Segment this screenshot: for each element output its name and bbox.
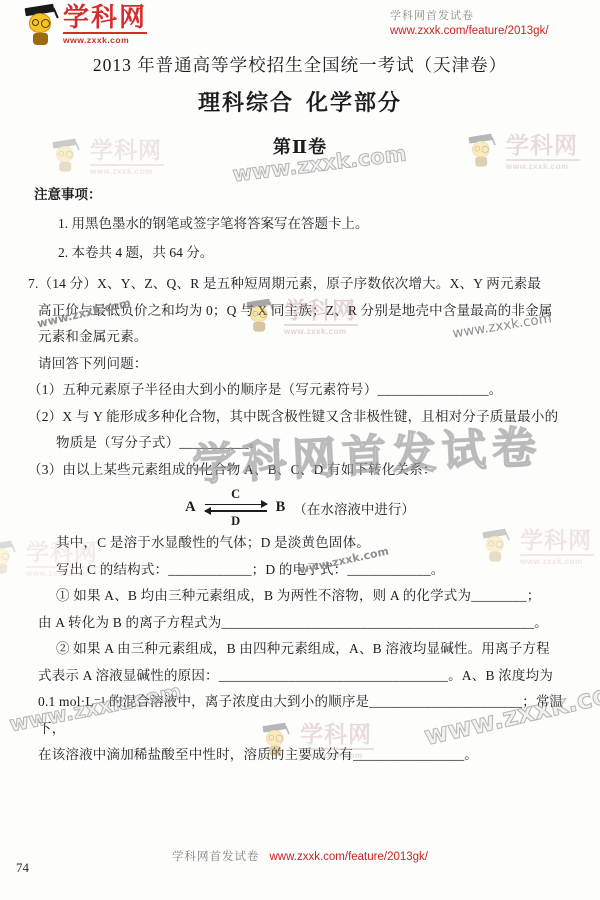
answer-prompt: 请回答下列问题：: [38, 351, 586, 378]
question-7: 7.（14 分）X、Y、Z、Q、R 是五种短周期元素，原子序数依次增大。X、Y …: [0, 271, 600, 769]
subject-title-part1: 理科综合: [198, 90, 294, 115]
notice-heading: 注意事项：: [34, 183, 600, 203]
reverse-arrow-icon: [205, 510, 267, 512]
forward-arrow-icon: [205, 504, 267, 506]
footer-feature-link: www.zxxk.com/feature/2013gk/: [269, 851, 428, 863]
notice-item-2: 2. 本卷共 4 题，共 64 分。: [58, 241, 600, 261]
stem-line-1: 7.（14 分）X、Y、Z、Q、R 是五种短周期元素，原子序数依次增大。X、Y …: [28, 271, 576, 298]
header-right-block: 学科网首发试卷 www.zxxk.com/feature/2013gk/: [390, 7, 549, 37]
logo-divider: [506, 159, 580, 161]
mascot-body-shape: [33, 33, 48, 45]
subitem-2-line-3: 0.1 mol·L⁻¹ 的混合溶液中，离子浓度由大到小的顺序是_________…: [38, 689, 586, 742]
reaction-equation: A C D B （在水溶液中进行）: [0, 487, 600, 528]
equation-reactant-a: A: [185, 499, 195, 516]
equation-label-d: D: [231, 514, 240, 528]
mascot-icon: [24, 3, 58, 47]
subquestion-2-line-2: 物质是（写分子式）__________。: [56, 430, 600, 457]
mascot-glasses-shape: [32, 19, 39, 26]
equation-condition-note: （在水溶液中进行）: [293, 498, 415, 518]
stem-line-3: 元素和金属元素。: [38, 324, 586, 351]
subquestion-3: （3）由以上某些元素组成的化合物 A、B、C、D 有如下转化关系：: [28, 457, 576, 484]
logo-divider: [90, 164, 164, 166]
logo-site-url: www.zxxk.com: [506, 162, 580, 171]
footer-promo-text: 学科网首发试卷: [172, 851, 260, 863]
stem-line-2: 高正价与最低负价之和均为 0；Q 与 X 同主族；Z、R 分别是地壳中含量最高的…: [38, 298, 586, 325]
zxxk-logo: 学科网 www.zxxk.com: [24, 3, 147, 47]
subitem-1-line-2: 由 A 转化为 B 的离子方程式为_______________________…: [38, 610, 586, 637]
exam-title: 2013 年普通高等学校招生全国统一考试（天津卷）: [0, 52, 600, 77]
header-promo-text: 学科网首发试卷: [390, 7, 549, 23]
subitem-1-line-1: ① 如果 A、B 均由三种元素组成，B 为两性不溶物，则 A 的化学式为____…: [56, 583, 600, 610]
equation-label-c: C: [231, 487, 240, 501]
section-title: 第Ⅱ卷: [0, 133, 600, 159]
description-line: 其中，C 是溶于水显酸性的气体；D 是淡黄色固体。: [56, 530, 600, 557]
subquestion-2-line-1: （2）X 与 Y 能形成多种化合物，其中既含极性键又含非极性键，且相对分子质量最…: [28, 404, 576, 431]
header-feature-link: www.zxxk.com/feature/2013gk/: [390, 25, 549, 37]
equation-product-b: B: [276, 499, 286, 516]
logo-wordmark: 学科网: [63, 3, 147, 31]
page-number: 74: [16, 860, 29, 876]
logo-site-url: www.zxxk.com: [63, 35, 147, 45]
subquestion-1: （1）五种元素原子半径由大到小的顺序是（写元素符号）______________…: [28, 377, 576, 404]
logo-divider: [63, 32, 147, 34]
logo-text-block: 学科网 www.zxxk.com: [63, 3, 147, 45]
equation-arrow-stack: C D: [205, 487, 267, 528]
mascot-body-shape: [59, 162, 71, 172]
page-footer: 学科网首发试卷www.zxxk.com/feature/2013gk/: [0, 848, 600, 864]
subitem-2-line-1: ② 如果 A 由三种元素组成，B 由四种元素组成，A、B 溶液均显碱性。用离子方…: [56, 636, 600, 663]
subitem-2-line-4: 在该溶液中滴加稀盐酸至中性时，溶质的主要成分有________________。: [38, 742, 586, 769]
notice-item-1: 1. 用黑色墨水的钢笔或签字笔将答案写在答题卡上。: [58, 212, 600, 232]
subject-title: 理科综合化学部分: [0, 86, 600, 117]
logo-site-url: www.zxxk.com: [90, 167, 164, 176]
scanned-exam-page: 学科网 www.zxxk.com 学科网首发试卷 www.zxxk.com/fe…: [0, 0, 600, 900]
subject-title-part2: 化学部分: [306, 90, 402, 115]
subitem-2-line-2: 式表示 A 溶液显碱性的原因：_________________________…: [38, 663, 586, 690]
write-structure-line: 写出 C 的结构式：____________；D 的电子式：__________…: [56, 557, 600, 584]
page-header: 学科网 www.zxxk.com 学科网首发试卷 www.zxxk.com/fe…: [0, 0, 600, 48]
